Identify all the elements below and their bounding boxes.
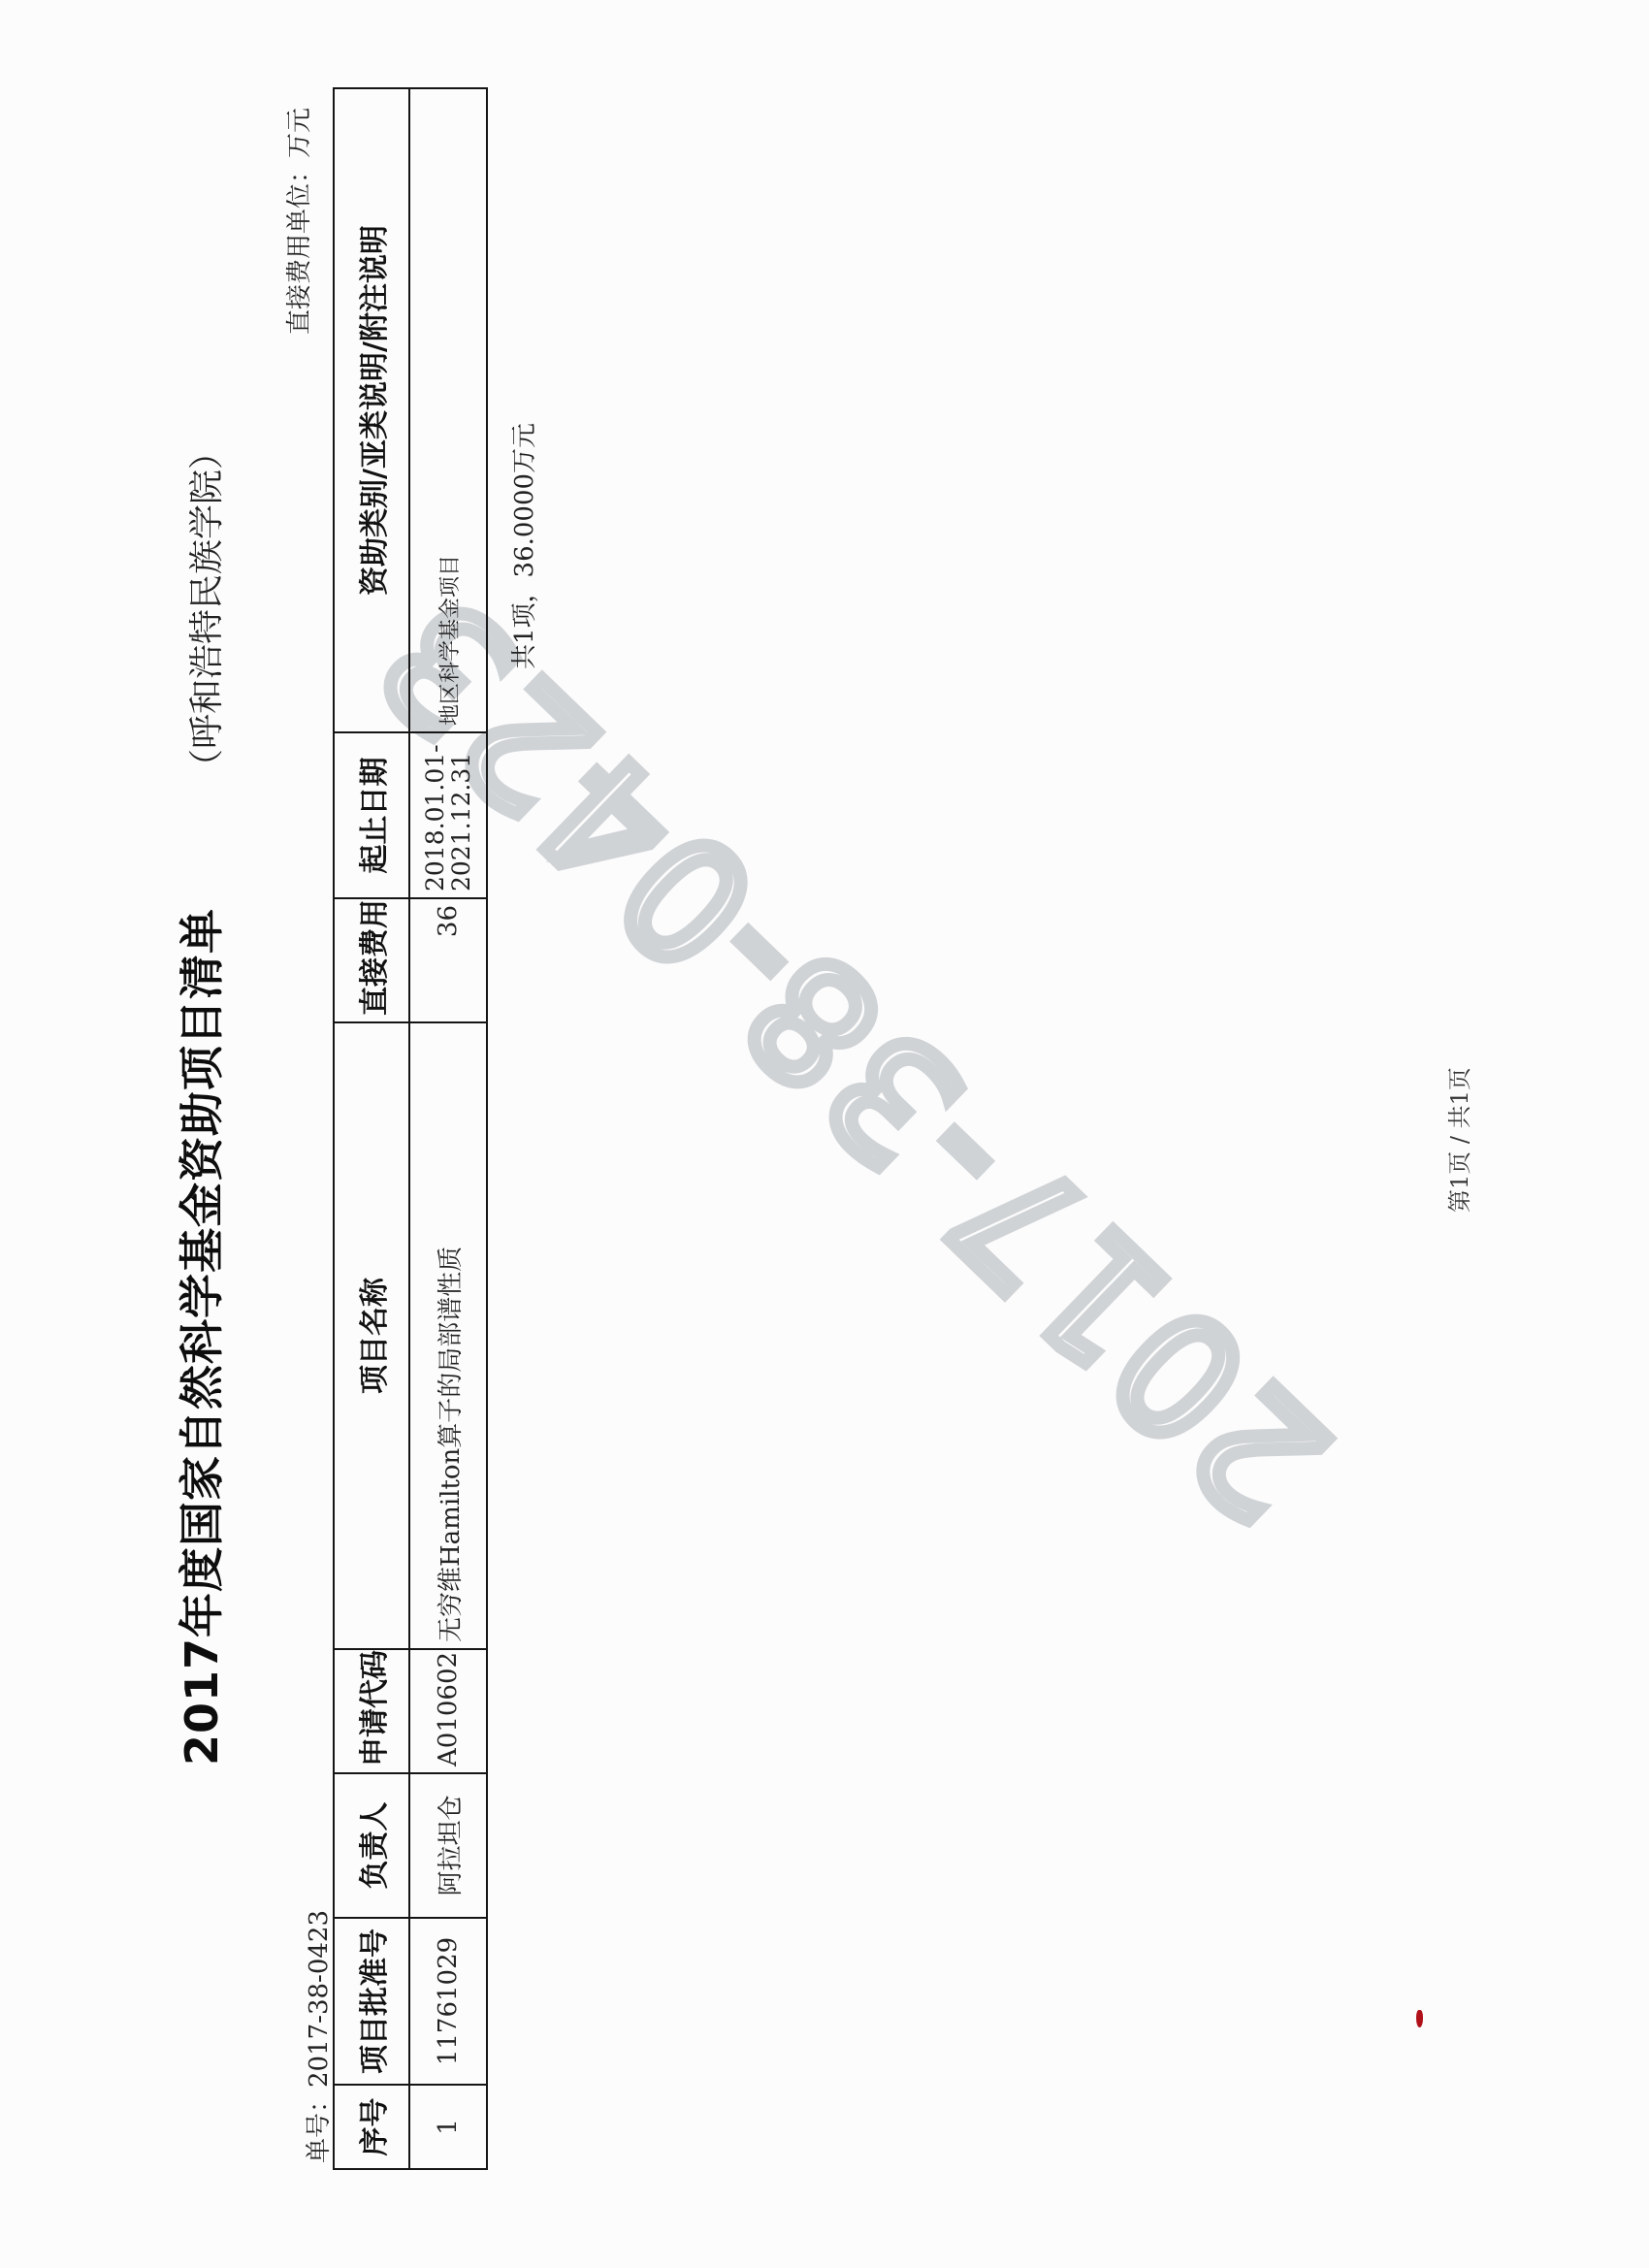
document-page: 2017-38-0423 单号：2017-38-0423 直接费用单位：万元 2… <box>0 0 1649 2268</box>
cell-direct-cost: 36 <box>409 898 487 1022</box>
cell-dates: 2018.01.01- 2021.12.31 <box>409 732 487 898</box>
header-project-name: 项目名称 <box>334 1022 409 1649</box>
unit-note: 直接费用单位：万元 <box>279 108 315 335</box>
table-row: 1 11761029 阿拉坦仓 A010602 无穷维Hamilton算子的局部… <box>409 88 487 2169</box>
date-start: 2018.01.01- <box>422 739 448 891</box>
cell-principal: 阿拉坦仓 <box>409 1773 487 1918</box>
header-application-code: 申请代码 <box>334 1649 409 1773</box>
header-index: 序号 <box>334 2085 409 2169</box>
doc-number: 2017-38-0423 <box>305 1910 334 2088</box>
doc-number-label: 单号： <box>305 2088 334 2163</box>
watermark: 2017-38-0423 <box>340 558 1365 1556</box>
red-ink-mark <box>1416 2010 1423 2027</box>
header-category: 资助类别/亚类说明/附注说明 <box>334 88 409 732</box>
cell-approval-no: 11761029 <box>409 1918 487 2085</box>
page-title: 2017年度国家自然科学基金资助项目清单 <box>167 908 231 1766</box>
header-approval-no: 项目批准号 <box>334 1918 409 2085</box>
doc-number-line: 单号：2017-38-0423 <box>299 1910 335 2163</box>
cell-application-code: A010602 <box>409 1649 487 1773</box>
header-principal: 负责人 <box>334 1773 409 1918</box>
summary-total: 共1项，36.0000万元 <box>504 423 540 669</box>
header-dates: 起止日期 <box>334 732 409 898</box>
table-header-row: 序号 项目批准号 负责人 申请代码 项目名称 直接费用 起止日期 资助类别/亚类… <box>334 88 409 2169</box>
grant-table: 序号 项目批准号 负责人 申请代码 项目名称 直接费用 起止日期 资助类别/亚类… <box>333 87 488 2170</box>
page-indicator: 第1页 / 共1页 <box>1440 1067 1474 1213</box>
page-subtitle: （呼和浩特民族学院） <box>179 435 229 784</box>
cell-index: 1 <box>409 2085 487 2169</box>
date-end: 2021.12.31 <box>448 739 474 891</box>
header-direct-cost: 直接费用 <box>334 898 409 1022</box>
cell-category: 地区科学基金项目 <box>409 88 487 732</box>
cell-project-name: 无穷维Hamilton算子的局部谱性质 <box>409 1022 487 1649</box>
